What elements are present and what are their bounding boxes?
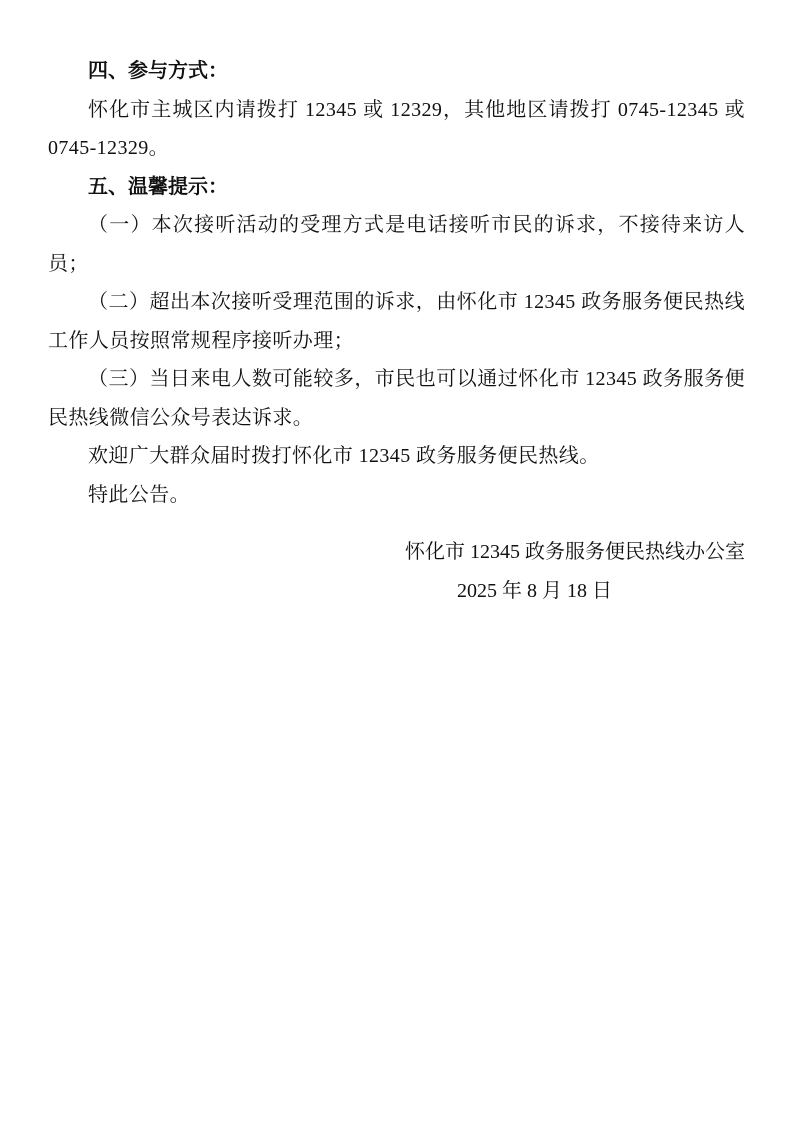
signature-block: 怀化市 12345 政务服务便民热线办公室 2025 年 8 月 18 日 (48, 533, 745, 610)
signature-date: 2025 年 8 月 18 日 (48, 572, 745, 611)
section-heading-tips: 五、温馨提示： (48, 168, 745, 207)
paragraph-participation-numbers: 怀化市主城区内请拨打 12345 或 12329，其他地区请拨打 0745-12… (48, 91, 745, 168)
paragraph-closing-notice: 特此公告。 (48, 476, 745, 515)
section-heading-participation: 四、参与方式： (48, 52, 745, 91)
paragraph-welcome: 欢迎广大群众届时拨打怀化市 12345 政务服务便民热线。 (48, 437, 745, 476)
paragraph-tip-2: （二）超出本次接听受理范围的诉求，由怀化市 12345 政务服务便民热线工作人员… (48, 283, 745, 360)
document-page: 四、参与方式： 怀化市主城区内请拨打 12345 或 12329，其他地区请拨打… (0, 0, 793, 1122)
signature-organization: 怀化市 12345 政务服务便民热线办公室 (48, 533, 745, 572)
paragraph-tip-3: （三）当日来电人数可能较多，市民也可以通过怀化市 12345 政务服务便民热线微… (48, 360, 745, 437)
paragraph-tip-1: （一）本次接听活动的受理方式是电话接听市民的诉求，不接待来访人员； (48, 206, 745, 283)
